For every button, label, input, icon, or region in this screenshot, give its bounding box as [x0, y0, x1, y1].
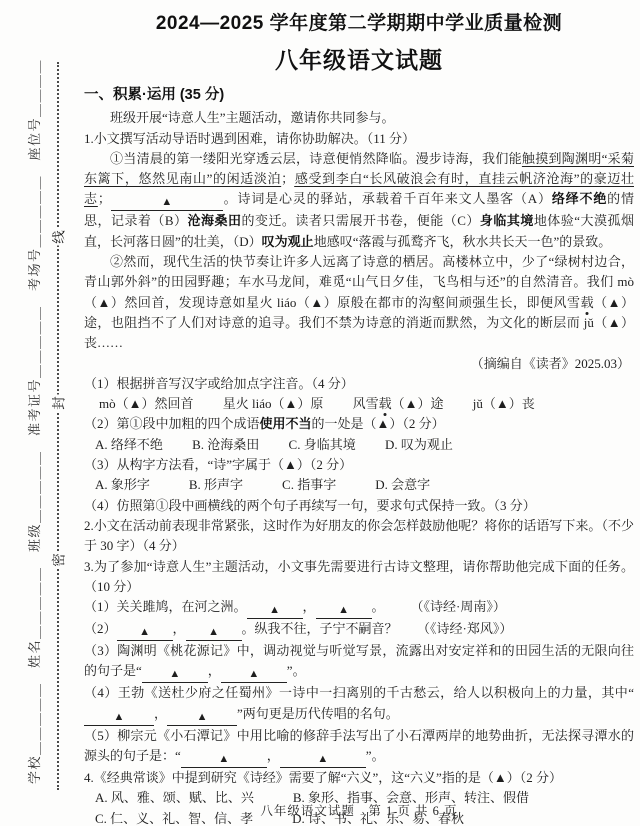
q3-item-5: （5）柳宗元《小石潭记》中用比喻的修辞手法写出了小石潭两岸的地势曲折，无法探寻潭… [84, 726, 634, 768]
question-4: 4.《经典常谈》中提到研究《诗经》需要了解“六义”，这“六义”指的是（▲）（2 … [84, 768, 634, 788]
q1-sub1: （1）根据拼音写汉字或给加点字注音。（4 分） [84, 374, 634, 394]
text-segment: A. 象形字 B. 形声字 C. 指事字 D. 会意字 [95, 477, 430, 492]
answer-blank: ▲ [117, 626, 173, 641]
text-segment: 3.为了参加“诗意人生”主题活动，小文事先需要进行古诗文整理，请你帮助他完成下面… [84, 559, 634, 594]
answer-blank: ▲ [247, 604, 303, 619]
text-segment: ， [208, 663, 221, 678]
activity-intro: 班级开展“诗意人生”主题活动，邀请你共同参与。 [84, 108, 634, 128]
answer-blank: ▲ [316, 604, 372, 619]
seal-char-feng: 封 [45, 395, 71, 412]
text-segment: 4.《经典常谈》中提到研究《诗经》需要了解“六义”，这“六义”指的是（▲）（2 … [84, 770, 562, 785]
answer-blank: ▲ [181, 753, 267, 768]
text-segment: 1.小文撰写活动导语时遇到困难，请你协助解决。（11 分） [84, 131, 415, 146]
seal-dotted-line [57, 62, 59, 790]
text-segment: ； [281, 171, 294, 186]
text-segment: 叹为观止 [262, 234, 314, 249]
q3-item-1: （1）关关雎鸠，在河之洲。▲，▲。 （《诗经·周南》） [84, 597, 634, 619]
text-segment: 。 （《诗经·周南》） [372, 599, 506, 614]
text-segment: A. 络绎不绝 B. 沧海桑田 C. 身临其境 D. 叹为观止 [95, 437, 453, 452]
passage-paragraph-2: ②然而，现代生活的快节奏让许多人远离了诗意的栖居。高楼林立中，少了“绿树村边合，… [84, 252, 634, 353]
exam-content: 2024—2025 学年度第二学期期中学业质量检测 八年级语文试题 一、积累·运… [84, 4, 634, 826]
student-info-fields: 学校＿＿＿＿＿ 姓名＿＿＿＿＿ 班级＿＿＿＿＿ 准考证号＿＿＿＿＿ 考场号＿＿＿… [24, 8, 44, 784]
q1-sub1-items: mò（▲）然回首 星火 liáo（▲）原 风雪载（▲）途 jǔ（▲）丧 [84, 394, 634, 414]
text-segment: （2） [84, 621, 117, 636]
q3-item-4: （4）王勃《送杜少府之任蜀州》一诗中一扫离别的千古愁云，给人以积极向上的力量，其… [84, 683, 634, 725]
text-segment: （摘编自《读者》2025.03） [471, 356, 630, 371]
seal-char-mi: 密 [45, 552, 71, 569]
exam-subtitle: 八年级语文试题 [84, 42, 634, 75]
text-segment: 沧海桑田 [188, 213, 242, 228]
exam-paper-page: { "page": { "title1": "2024—2025 学年度第二学期… [0, 0, 640, 826]
text-segment: （2）第①段中加粗的四个成语 [84, 416, 260, 431]
answer-blank: ▲ [186, 626, 242, 641]
seal-char-xian: 线 [45, 229, 71, 246]
text-segment: （4）仿照第①段中画横线的两个句子再续写一句，要求句式保持一致。（3 分） [84, 498, 536, 513]
text-segment: （▲）途 jǔ（▲）丧 [392, 396, 535, 411]
content-blocks: 一、积累·运用 (35 分)班级开展“诗意人生”主题活动，邀请你共同参与。1.小… [84, 85, 634, 826]
section1-heading: 一、积累·运用 (35 分) [84, 85, 634, 105]
question-2: 2.小文在活动前表现非常紧张，这时作为好朋友的你会怎样鼓励他呢？将你的话语写下来… [84, 516, 634, 557]
text-segment: ， [154, 706, 167, 721]
text-segment: 2.小文在活动前表现非常紧张，这时作为好朋友的你会怎样鼓励他呢？将你的话语写下来… [84, 518, 634, 553]
text-segment: 地感叹“落霞与孤鹜齐飞，秋水共长天一色”的景致。 [314, 234, 612, 249]
q1-sub3: （3）从构字方法看，“诗”字属于（▲）（2 分） [84, 455, 634, 475]
passage-paragraph-1: ①当清晨的第一缕阳光穿透云层，诗意便悄然降临。漫步诗海，我们能触摸到陶渊明“采菊… [84, 149, 634, 252]
text-segment: 的一处是（▲）（2 分） [312, 416, 445, 431]
text-segment: ”两句更是历代传唱的名句。 [237, 706, 399, 721]
q1-sub2-options: A. 络绎不绝 B. 沧海桑田 C. 身临其境 D. 叹为观止 [84, 435, 634, 455]
text-segment: 使用不当 [260, 416, 312, 431]
text-segment: 。诗词是心灵的驿站，承载着千百年来文人墨客（A） [223, 191, 552, 206]
text-segment: mò（▲）然回首 星火 liáo（▲）原 风雪 [99, 396, 379, 411]
answer-blank: ▲ [167, 711, 237, 726]
q1-sub3-options: A. 象形字 B. 形声字 C. 指事字 D. 会意字 [84, 475, 634, 495]
text-segment: ”。 [287, 663, 306, 678]
text-segment: ， [303, 599, 316, 614]
text-segment: ； [98, 191, 111, 206]
answer-blank: ▲ [111, 196, 223, 211]
text-segment: 络绎不绝 [552, 191, 607, 206]
seal-margin: 学校＿＿＿＿＿ 姓名＿＿＿＿＿ 班级＿＿＿＿＿ 准考证号＿＿＿＿＿ 考场号＿＿＿… [0, 0, 80, 826]
answer-blank: ▲ [221, 668, 287, 683]
text-segment: 载 [581, 293, 594, 313]
answer-blank: ▲ [84, 711, 154, 726]
text-segment: 。纵我不往，子宁不嗣音？ （《诗经·郑风》） [242, 621, 513, 636]
exam-title: 2024—2025 学年度第二学期期中学业质量检测 [84, 8, 634, 35]
text-segment: ②然而，现代生活的快节奏让许多人远离了诗意的栖居。高楼林立中，少了“绿树村边合，… [84, 254, 634, 310]
text-segment: ”。 [366, 748, 385, 763]
text-segment: （4）王勃《送杜少府之任蜀州》一诗中一扫离别的千古愁云，给人以积极向上的力量，其… [84, 685, 634, 700]
answer-blank: ▲ [280, 753, 366, 768]
text-segment: ， [267, 748, 280, 763]
q3-item-2: （2）▲，▲。纵我不往，子宁不嗣音？ （《诗经·郑风》） [84, 619, 634, 641]
text-segment: 班级开展“诗意人生”主题活动，邀请你共同参与。 [110, 110, 395, 125]
text-segment: （3）从构字方法看，“诗”字属于（▲）（2 分） [84, 457, 352, 472]
q1-sub4: （4）仿照第①段中画横线的两个句子再续写一句，要求句式保持一致。（3 分） [84, 496, 634, 516]
question-1: 1.小文撰写活动导语时遇到困难，请你协助解决。（11 分） [84, 129, 634, 149]
answer-blank: ▲ [142, 668, 208, 683]
text-segment: （1）关关雎鸠，在河之洲。 [84, 599, 247, 614]
text-segment: 一、积累·运用 (35 分) [84, 87, 224, 103]
page-footer: 八年级语文试题 第 1 页 共 6 页 [84, 801, 634, 819]
q1-sub2: （2）第①段中加粗的四个成语使用不当的一处是（▲）（2 分） [84, 414, 634, 434]
passage-source: （摘编自《读者》2025.03） [84, 354, 634, 374]
text-segment: 的变迁。读者只需展开书卷，便能（C） [241, 213, 479, 228]
text-segment: ， [173, 621, 186, 636]
text-segment: 载 [379, 394, 392, 414]
q3-item-3: （3）陶渊明《桃花源记》中，调动视觉与听觉写景，流露出对安定祥和的田园生活的无限… [84, 641, 634, 683]
text-segment: 身临其境 [480, 213, 534, 228]
text-segment: （1）根据拼音写汉字或给加点字注音。（4 分） [84, 376, 354, 391]
question-3: 3.为了参加“诗意人生”主题活动，小文事先需要进行古诗文整理，请你帮助他完成下面… [84, 557, 634, 598]
text-segment: ①当清晨的第一缕阳光穿透云层，诗意便悄然降临。漫步诗海，我们能 [110, 151, 522, 166]
